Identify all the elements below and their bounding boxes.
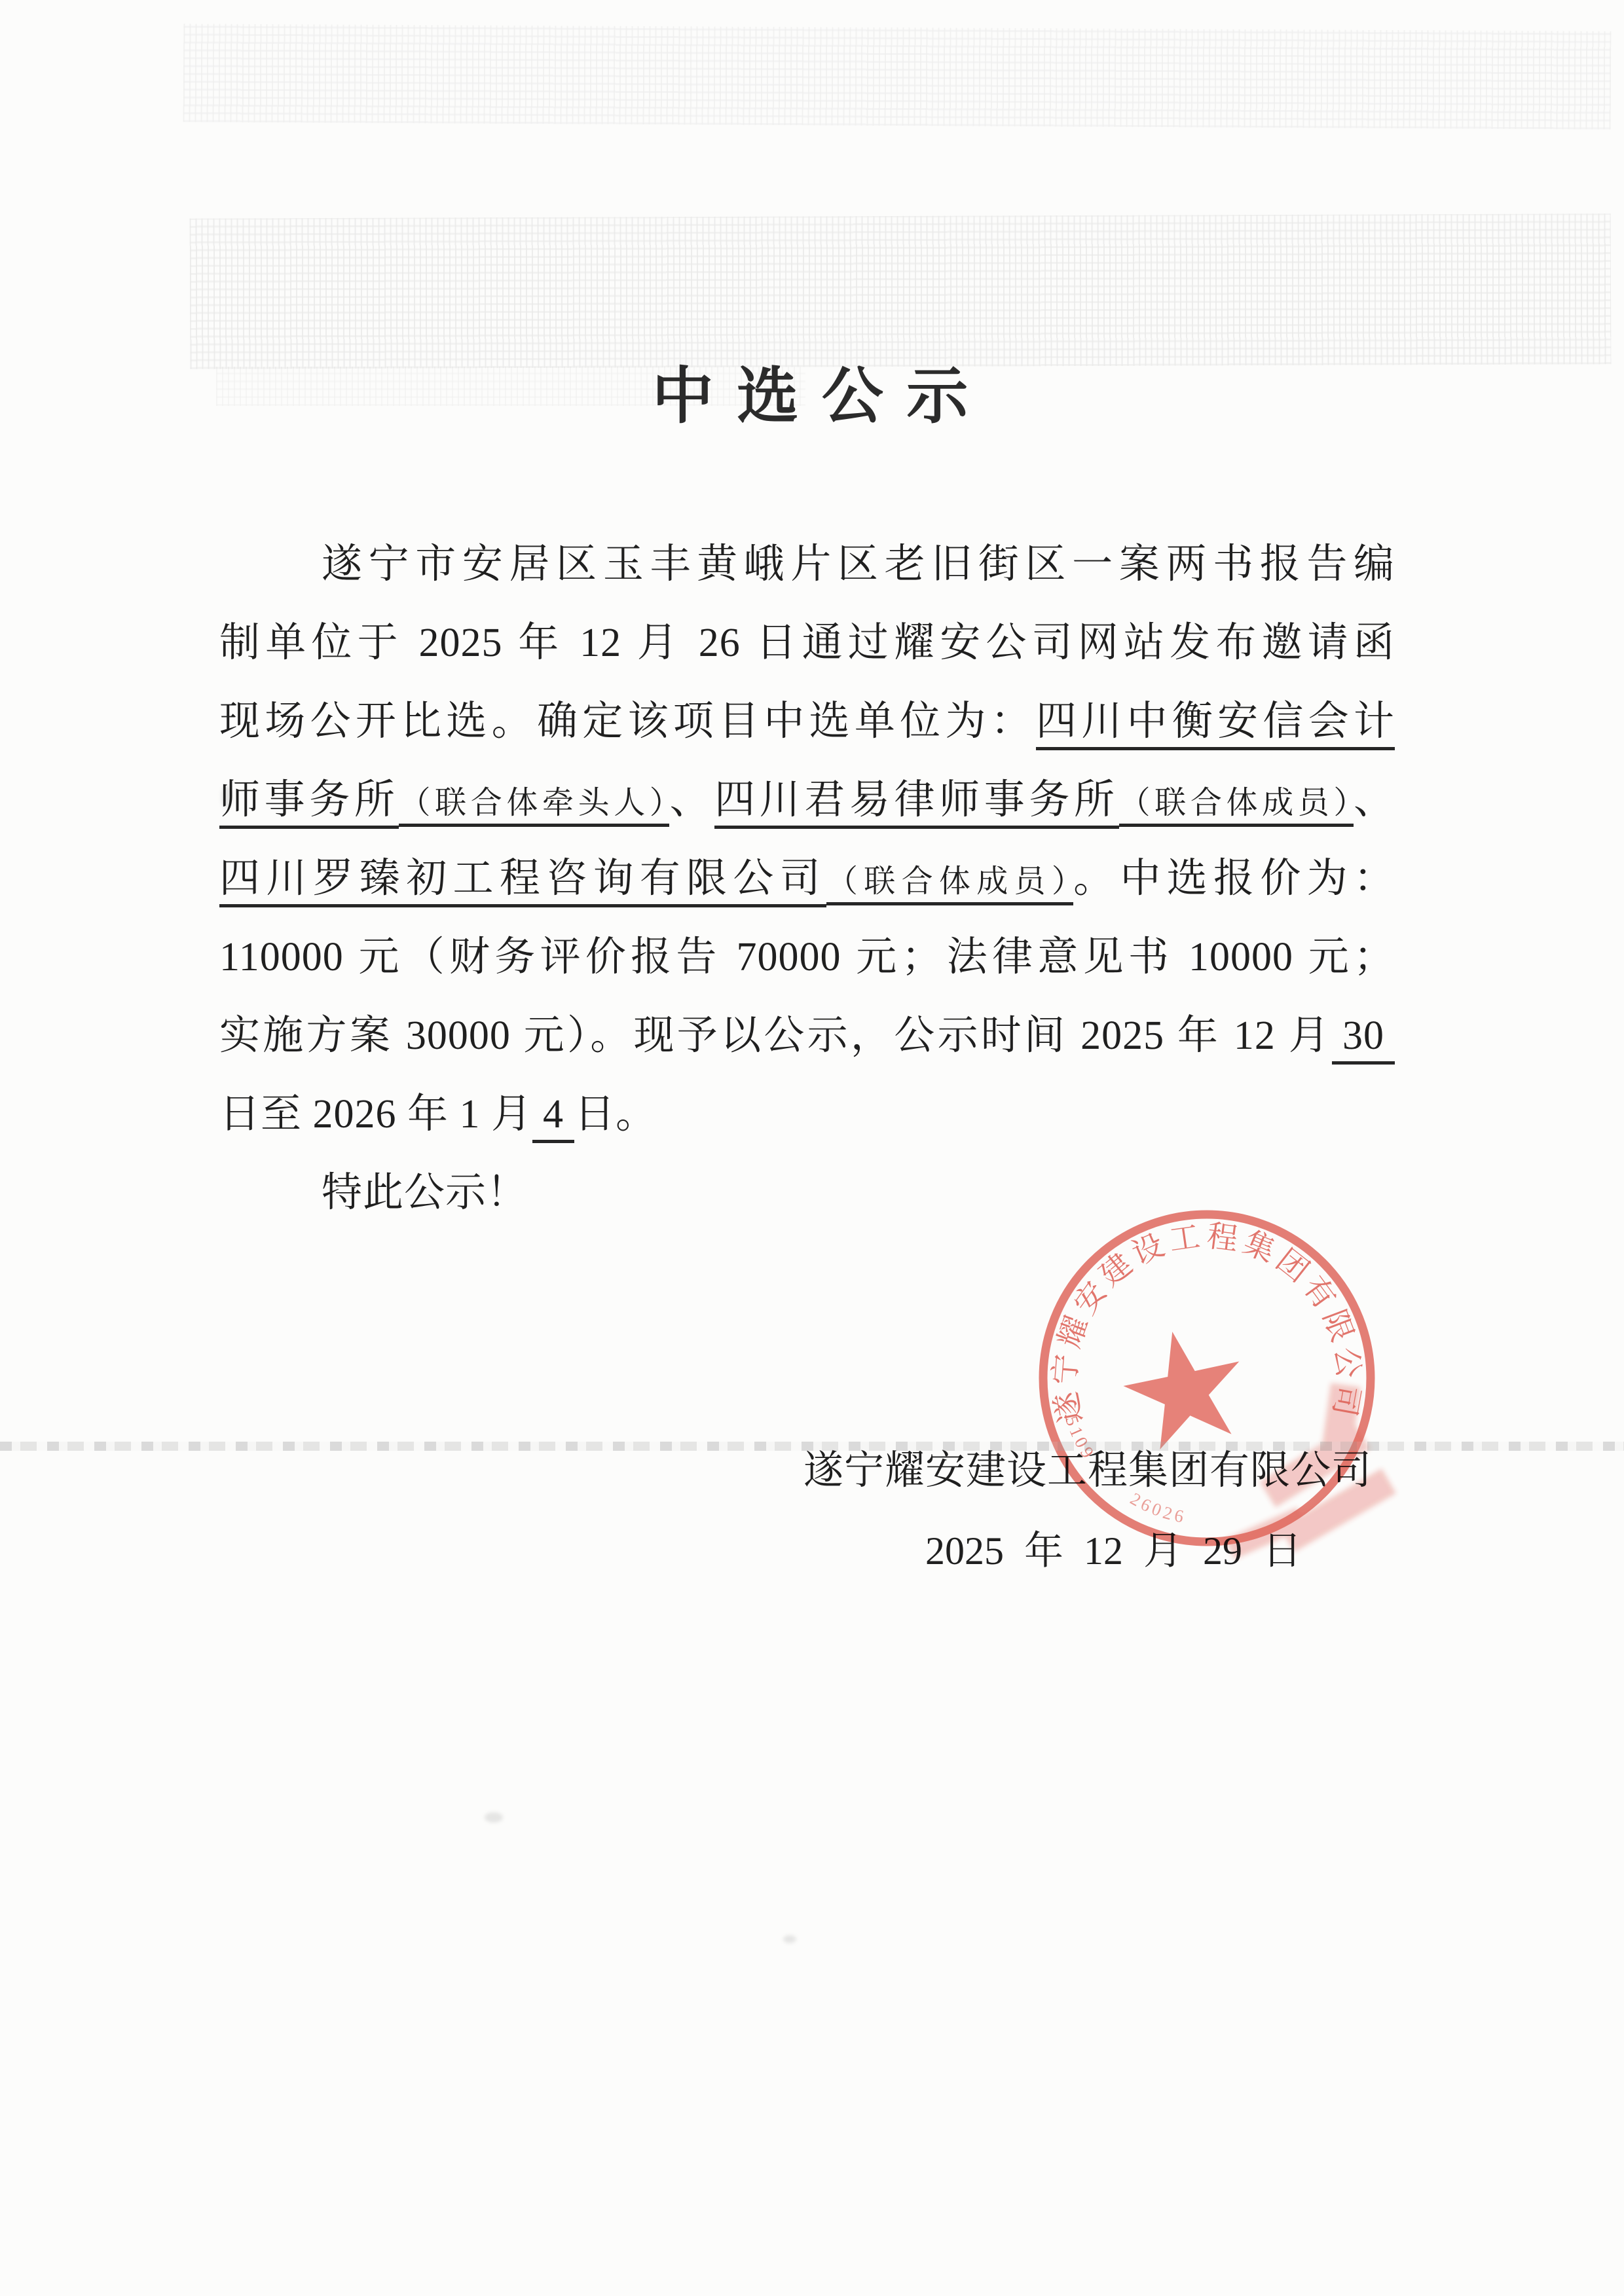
document-page: 中 选 公 示 遂宁市安居区玉丰黄峨片区老旧街区一案两书报告编 制单位于 202… (0, 0, 1624, 2296)
text-segment: 日。 (574, 1092, 657, 1137)
underlined-segment: （联合体牵头人） (399, 786, 669, 827)
announcement-title: 中 选 公 示 (0, 364, 1624, 431)
text-segment: 日至 2026 年 1 月 (219, 1092, 532, 1137)
announcement-body: 遂宁市安居区玉丰黄峨片区老旧街区一案两书报告编 制单位于 2025 年 12 月… (219, 525, 1395, 1232)
body-line: 110000 元（财务评价报告 70000 元；法律意见书 10000 元； (219, 918, 1395, 996)
underlined-segment: 师事务所 (219, 778, 399, 829)
text-segment: 制单位于 2025 年 12 月 26 日通过耀安公司网站发布邀请函 (219, 621, 1395, 665)
body-line: 制单位于 2025 年 12 月 26 日通过耀安公司网站发布邀请函 (219, 604, 1395, 682)
text-segment: 现场公开比选。确定该项目中选单位为： (219, 699, 1036, 744)
underlined-segment: （联合体成员） (1119, 786, 1354, 827)
body-line: 遂宁市安居区玉丰黄峨片区老旧街区一案两书报告编 (219, 525, 1395, 604)
underlined-segment: 四川罗臻初工程咨询有限公司 (219, 856, 826, 907)
text-segment: 特此公示！ (322, 1171, 528, 1215)
underlined-segment: 4 (532, 1092, 574, 1143)
text-segment: 、 (669, 778, 714, 822)
scan-noise (190, 213, 1612, 369)
company-seal: 遂宁耀安建设工程集团有限公司 5109 26026 (997, 1169, 1416, 1588)
body-line: 师事务所（联合体牵头人）、四川君易律师事务所（联合体成员）、 (219, 761, 1395, 839)
text-segment: 。中选报价为： (1073, 856, 1395, 901)
underlined-segment: 四川君易律师事务所 (714, 778, 1119, 829)
body-line: 四川罗臻初工程咨询有限公司（联合体成员）。中选报价为： (219, 839, 1395, 918)
body-line: 现场公开比选。确定该项目中选单位为：四川中衡安信会计 (219, 682, 1395, 761)
text-segment: 实施方案 30000 元）。现予以公示，公示时间 2025 年 12 月 (219, 1013, 1332, 1058)
underlined-segment: 30 (1332, 1013, 1395, 1065)
body-line: 实施方案 30000 元）。现予以公示，公示时间 2025 年 12 月30 (219, 996, 1395, 1075)
underlined-segment: 四川中衡安信会计 (1036, 699, 1395, 750)
scanner-band-artifact (0, 1442, 1624, 1451)
scan-smudge (485, 1812, 503, 1823)
underlined-segment: （联合体成员） (826, 864, 1073, 905)
text-segment: 遂宁市安居区玉丰黄峨片区老旧街区一案两书报告编 (322, 542, 1395, 587)
scan-noise (183, 24, 1612, 129)
text-segment: 、 (1354, 778, 1395, 822)
text-segment: 110000 元（财务评价报告 70000 元；法律意见书 10000 元； (219, 935, 1395, 979)
star-icon (1115, 1319, 1254, 1454)
scan-smudge (783, 1935, 796, 1943)
body-line: 日至 2026 年 1 月4日。 (219, 1075, 1395, 1154)
